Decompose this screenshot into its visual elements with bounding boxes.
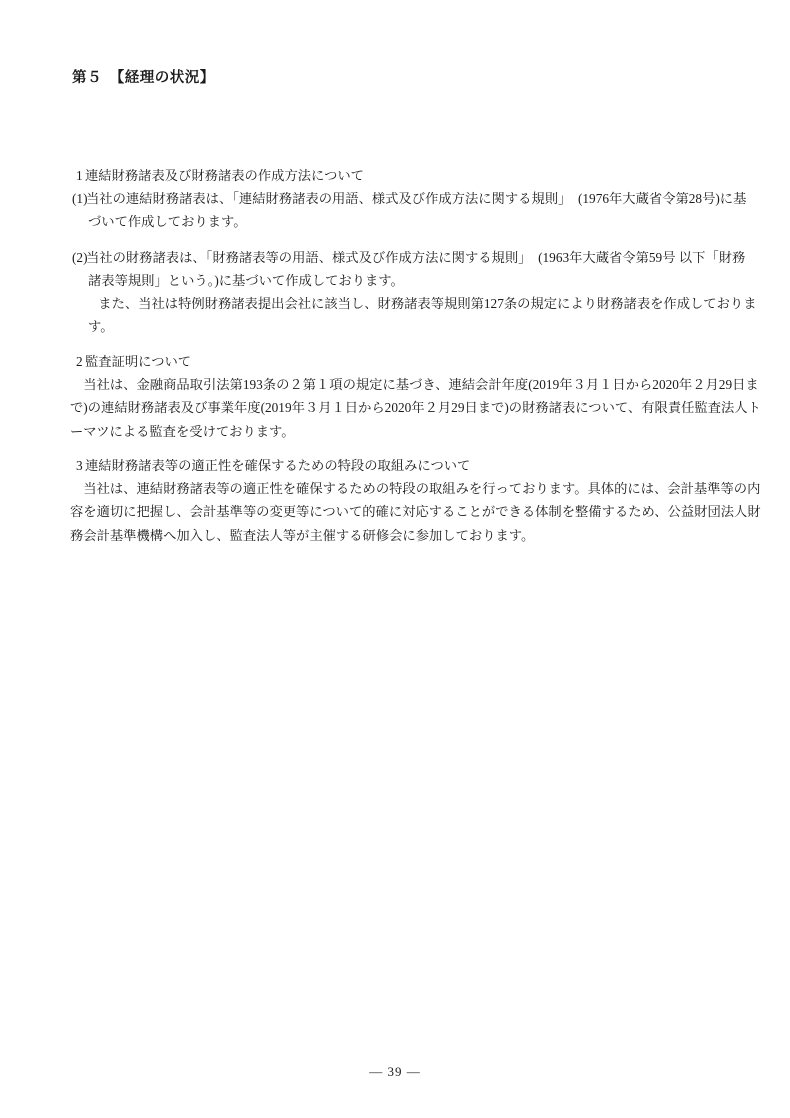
item-1-marker: (1) [72, 187, 86, 210]
section-1-number: 1 [76, 164, 85, 187]
page-title: 第５ 【経理の状況】 [72, 66, 215, 87]
item-2-marker: (2) [72, 246, 86, 269]
page-number: ― 39 ― [0, 1060, 790, 1083]
section-2: 2監査証明について 当社は、金融商品取引法第193条の２第１項の規定に基づき、連… [0, 350, 790, 443]
section-2-heading: 2監査証明について [0, 350, 790, 373]
section-3-body-line-2: 容を適切に把握し、会計基準等の変更等について的確に対応することができる体制を整備… [0, 500, 790, 523]
section-2-body-line-2: で)の連結財務諸表及び事業年度(2019年３月１日から2020年２月29日まで)… [0, 396, 790, 419]
section-2-heading-text: 監査証明について [85, 354, 191, 369]
section-3-number: 3 [76, 454, 85, 477]
section-1-item-2-line-3: また、当社は特例財務諸表提出会社に該当し、財務諸表等規則第127条の規定により財… [0, 292, 790, 315]
document-page: 第５ 【経理の状況】 1連結財務諸表及び財務諸表の作成方法について (1)当社の… [0, 0, 790, 1118]
section-3-body-line-3: 務会計基準機構へ加入し、監査法人等が主催する研修会に参加しております。 [0, 524, 790, 547]
section-3-heading-text: 連結財務諸表等の適正性を確保するための特段の取組みについて [85, 458, 470, 473]
section-1: 1連結財務諸表及び財務諸表の作成方法について (1)当社の連結財務諸表は、「連結… [0, 164, 790, 338]
section-1-item-2-line-2: 諸表等規則」という。)に基づいて作成しております。 [0, 269, 790, 292]
section-2-body-line-1: 当社は、金融商品取引法第193条の２第１項の規定に基づき、連結会計年度(2019… [0, 373, 790, 396]
item-1-text: 当社の連結財務諸表は、「連結財務諸表の用語、様式及び作成方法に関する規則」 (1… [86, 191, 746, 206]
section-2-number: 2 [76, 350, 85, 373]
section-3: 3連結財務諸表等の適正性を確保するための特段の取組みについて 当社は、連結財務諸… [0, 454, 790, 547]
section-1-item-1-line-2: づいて作成しております。 [0, 210, 790, 233]
section-1-heading: 1連結財務諸表及び財務諸表の作成方法について [0, 164, 790, 187]
section-2-body-line-3: ーマツによる監査を受けております。 [0, 420, 790, 443]
section-1-item-2-line-4: す。 [0, 315, 790, 338]
item-2-text: 当社の財務諸表は、「財務諸表等の用語、様式及び作成方法に関する規則」 (1963… [86, 250, 745, 265]
section-1-item-2-line-1: (2)当社の財務諸表は、「財務諸表等の用語、様式及び作成方法に関する規則」 (1… [0, 246, 790, 269]
section-1-heading-text: 連結財務諸表及び財務諸表の作成方法について [85, 168, 364, 183]
section-3-body-line-1: 当社は、連結財務諸表等の適正性を確保するための特段の取組みを行っております。具体… [0, 477, 790, 500]
section-1-item-1-line-1: (1)当社の連結財務諸表は、「連結財務諸表の用語、様式及び作成方法に関する規則」… [0, 187, 790, 210]
section-3-heading: 3連結財務諸表等の適正性を確保するための特段の取組みについて [0, 454, 790, 477]
